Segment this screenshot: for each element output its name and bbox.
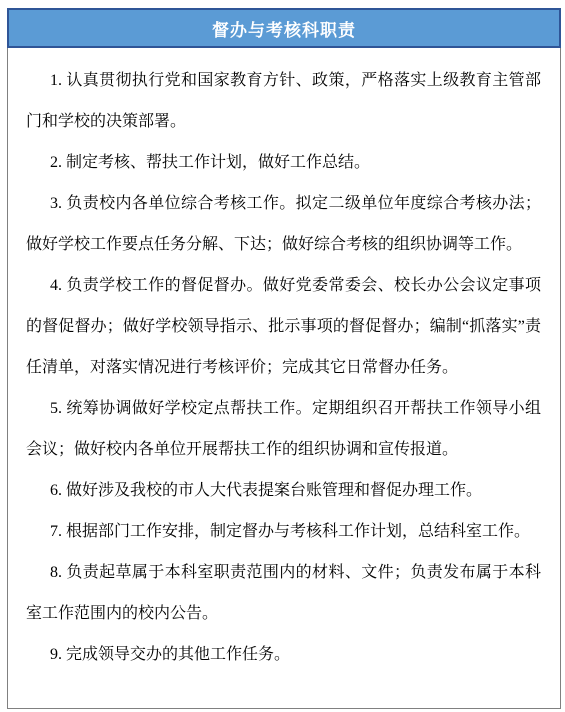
duty-item-4: 4. 负责学校工作的督促督办。做好党委常委会、校长办公会议定事项的督促督办；做好… — [26, 265, 541, 388]
duty-item-1: 1. 认真贯彻执行党和国家教育方针、政策，严格落实上级教育主管部门和学校的决策部… — [26, 60, 541, 142]
document-page: 督办与考核科职责 1. 认真贯彻执行党和国家教育方针、政策，严格落实上级教育主管… — [7, 8, 561, 709]
duty-item-5: 5. 统筹协调做好学校定点帮扶工作。定期组织召开帮扶工作领导小组会议；做好校内各… — [26, 388, 541, 470]
duty-item-8: 8. 负责起草属于本科室职责范围内的材料、文件；负责发布属于本科室工作范围内的校… — [26, 552, 541, 634]
duty-item-6: 6. 做好涉及我校的市人大代表提案台账管理和督促办理工作。 — [26, 470, 541, 511]
duty-item-7: 7. 根据部门工作安排，制定督办与考核科工作计划，总结科室工作。 — [26, 511, 541, 552]
duty-item-9: 9. 完成领导交办的其他工作任务。 — [26, 634, 541, 675]
title-banner: 督办与考核科职责 — [7, 8, 561, 48]
page-title: 督办与考核科职责 — [212, 16, 356, 41]
duty-item-3: 3. 负责校内各单位综合考核工作。拟定二级单位年度综合考核办法；做好学校工作要点… — [26, 183, 541, 265]
duties-list: 1. 认真贯彻执行党和国家教育方针、政策，严格落实上级教育主管部门和学校的决策部… — [8, 48, 560, 675]
duty-item-2: 2. 制定考核、帮扶工作计划，做好工作总结。 — [26, 142, 541, 183]
